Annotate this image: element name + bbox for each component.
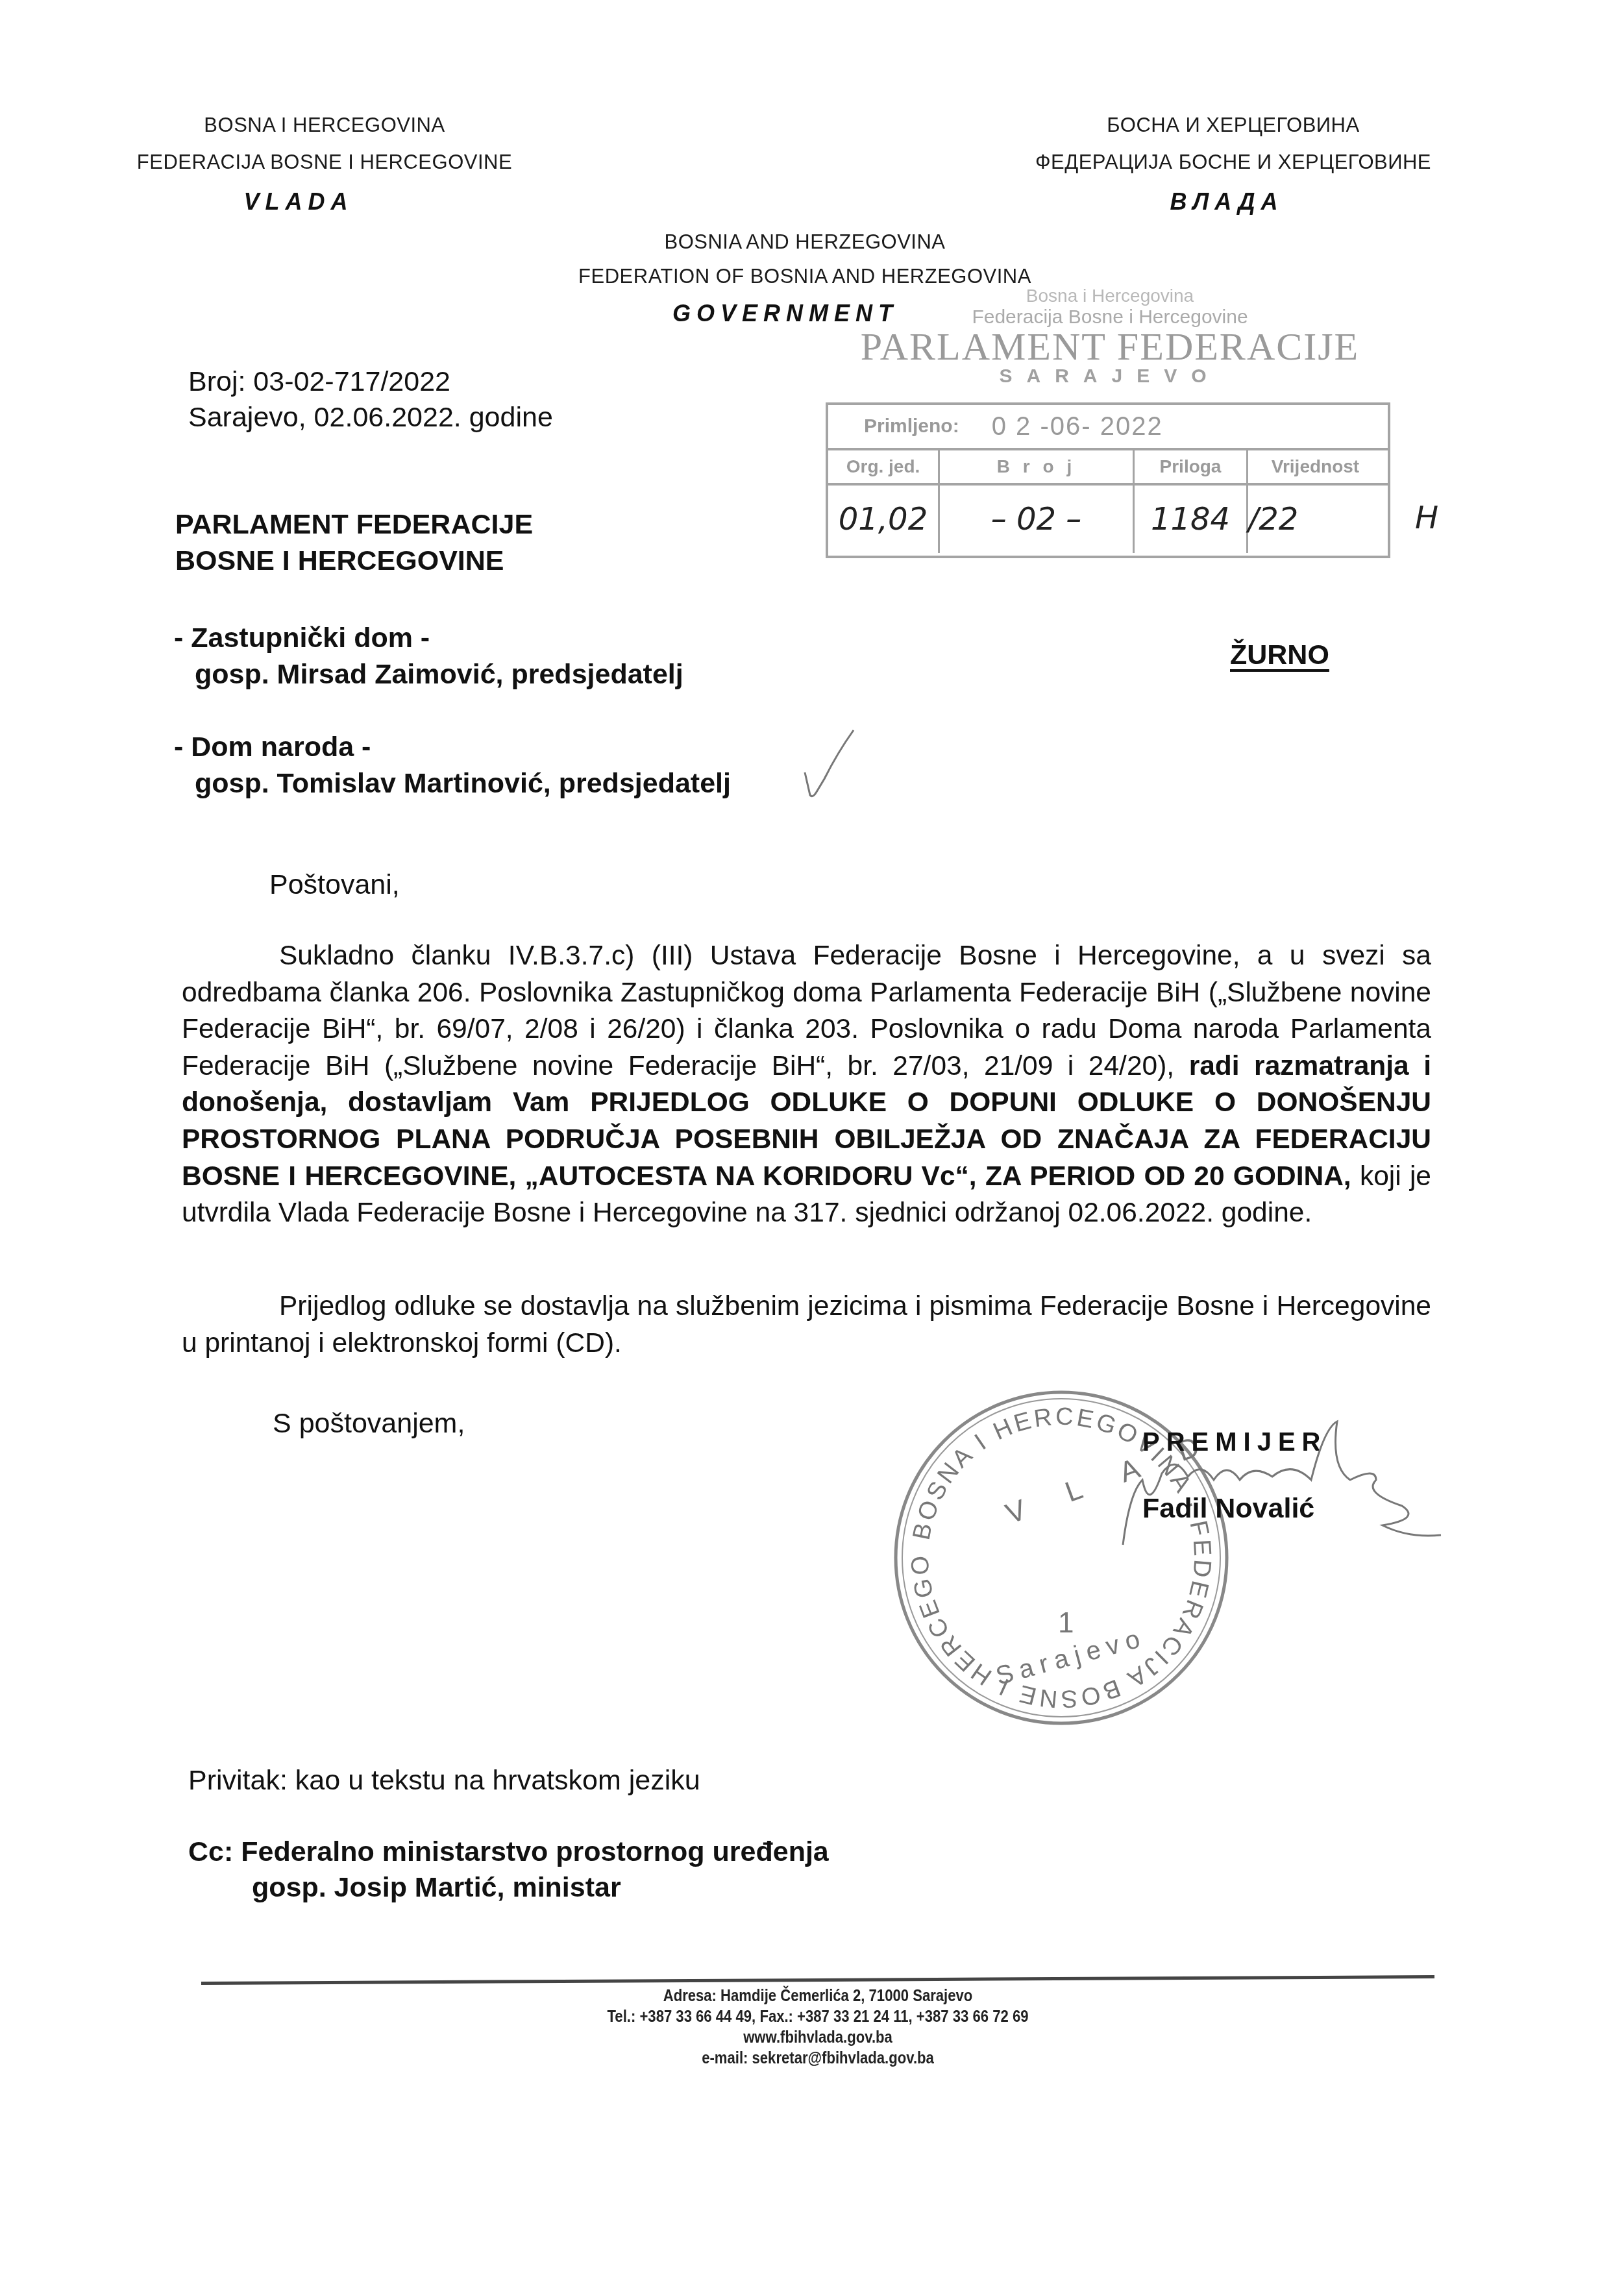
stamp-col-vrijednost: Vrijednost <box>1248 450 1383 483</box>
stamp-col-broj: B r o j <box>940 450 1135 483</box>
seal-number: 1 <box>1058 1607 1076 1639</box>
attachment-note: Privitak: kao u tekstu na hrvatskom jezi… <box>188 1762 700 1799</box>
cc-line2: gosp. Josip Martić, ministar <box>252 1869 621 1906</box>
letterhead-left-line1: BOSNA I HERCEGOVINA <box>130 114 519 137</box>
stamp-value-broj: – 02 – <box>940 486 1135 553</box>
recipient-house2-person: gosp. Tomislav Martinović, predsjedatelj <box>195 765 731 802</box>
body-paragraph-1: Sukladno članku IV.B.3.7.c) (III) Ustava… <box>182 938 1431 1232</box>
recipient-line1: PARLAMENT FEDERACIJE <box>175 506 533 543</box>
stamp-received-label: Primljeno: <box>864 415 959 437</box>
letterhead-center-line2: FEDERATION OF BOSNIA AND HERZEGOVINA <box>539 265 1071 288</box>
closing: S poštovanjem, <box>273 1405 465 1442</box>
letterhead-left-line2: FEDERACIJA BOSNE I HERCEGOVINE <box>130 151 519 174</box>
footer-phones: Tel.: +387 33 66 44 49, Fax.: +387 33 21… <box>404 2006 1232 2026</box>
stamp-value-priloga: 1184 <box>1135 486 1248 553</box>
letterhead-left-title: VLADA <box>208 188 389 215</box>
received-stamp-box: Primljeno: 0 2 -06- 2022 Org. jed. B r o… <box>826 402 1390 558</box>
footer-email: e-mail: sekretar@fbihvlada.gov.ba <box>404 2047 1232 2068</box>
recipient-house2: - Dom naroda - <box>174 729 371 765</box>
reference-number: Broj: 03-02-717/2022 <box>188 363 450 400</box>
urgent-label: ŽURNO <box>1230 639 1329 671</box>
letterhead-center-line1: BOSNIA AND HERZEGOVINA <box>571 230 1039 254</box>
handwritten-mark: H <box>1415 500 1438 536</box>
stamp-value-vrijednost: /22 <box>1248 486 1383 553</box>
footer-address: Adresa: Hamdije Čemerlića 2, 71000 Saraj… <box>404 1985 1232 2006</box>
reference-place-date: Sarajevo, 02.06.2022. godine <box>188 399 553 436</box>
checkmark-icon <box>798 727 863 805</box>
stamp-value-org-jed: 01,02 <box>828 486 940 553</box>
footer-web: www.fbihvlada.gov.ba <box>404 2026 1232 2047</box>
stamp-received-date: 0 2 -06- 2022 <box>992 412 1163 441</box>
recipient-line2: BOSNE I HERCEGOVINE <box>175 543 504 579</box>
cc-line1: Cc: Federalno ministarstvo prostornog ur… <box>188 1834 829 1870</box>
stamp-col-priloga: Priloga <box>1135 450 1248 483</box>
letterhead-right-title: ВЛАДА <box>1136 188 1318 215</box>
body-paragraph-2: Prijedlog odluke se dostavlja na služben… <box>182 1288 1431 1362</box>
stamp-line1: Bosna i Hercegovina <box>824 286 1396 306</box>
received-stamp: Bosna i Hercegovina Federacija Bosne i H… <box>824 286 1396 387</box>
salutation: Poštovani, <box>269 867 400 903</box>
stamp-line3: PARLAMENT FEDERACIJE <box>824 325 1396 369</box>
footer-divider <box>201 1975 1434 1985</box>
letterhead-right-line2: ФЕДЕРАЦИЈА БОСНЕ И ХЕРЦЕГОВИНЕ <box>1000 151 1467 174</box>
stamp-col-org-jed: Org. jed. <box>828 450 940 483</box>
footer: Adresa: Hamdije Čemerlića 2, 71000 Saraj… <box>331 1985 1305 2068</box>
handwritten-signature-icon <box>1103 1415 1467 1558</box>
recipient-house1: - Zastupnički dom - <box>174 620 430 656</box>
signature-name: Fadil Novalić <box>1142 1493 1314 1525</box>
recipient-house1-person: gosp. Mirsad Zaimović, predsjedatelj <box>195 656 683 693</box>
letterhead-right-line1: БОСНА И ХЕРЦЕГОВИНА <box>1000 114 1467 137</box>
